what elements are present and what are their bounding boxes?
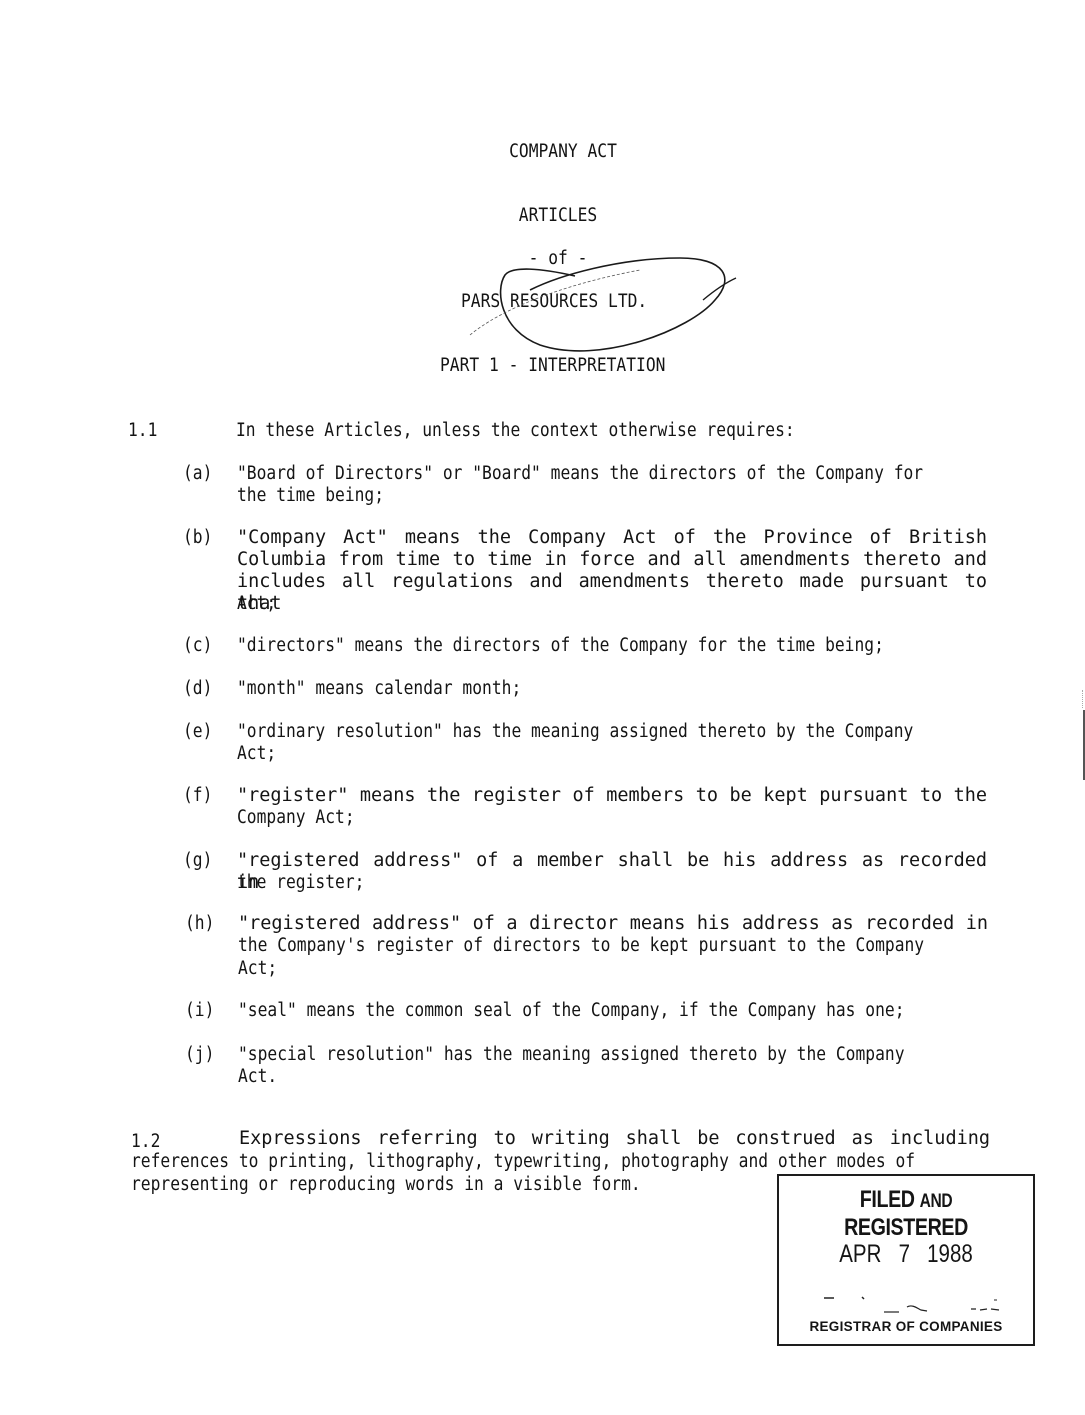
- section-1-2-line: representing or reproducing words in a v…: [131, 1174, 641, 1196]
- registrar-signature-marks: [779, 1288, 1033, 1318]
- item-label: (a): [183, 463, 212, 485]
- item-line: "ordinary resolution" has the meaning as…: [237, 721, 913, 743]
- of-line: - of -: [470, 248, 646, 270]
- item-line: Columbia from time to time in force and …: [237, 549, 987, 571]
- part-title: PART 1 - INTERPRETATION: [440, 355, 665, 377]
- stamp-footer: REGISTRAR OF COMPANIES: [779, 1319, 1033, 1334]
- section-line-text: Expressions referring to writing shall b…: [239, 1128, 990, 1149]
- section-number-1-1: 1.1: [128, 420, 157, 442]
- item-line: "special resolution" has the meaning ass…: [238, 1044, 905, 1066]
- item-line: "registered address" of a director means…: [238, 913, 988, 935]
- stamp-date: APR 7 1988: [802, 1240, 1010, 1269]
- stamp-heading-and: AND: [920, 1191, 953, 1212]
- item-line: "Company Act" means the Company Act of t…: [237, 527, 987, 549]
- item-label: (i): [185, 1000, 214, 1022]
- item-line: Act.: [238, 1066, 277, 1088]
- item-line: the Company's register of directors to b…: [238, 935, 924, 957]
- item-line: includes all regulations and amendments …: [237, 571, 987, 615]
- section-number-1-2: 1.2: [131, 1131, 160, 1153]
- item-line: Company Act;: [237, 807, 355, 829]
- item-label: (h): [185, 913, 214, 935]
- stamp-heading-filed: FILED: [860, 1186, 915, 1213]
- item-line: "Board of Directors" or "Board" means th…: [237, 463, 923, 485]
- item-line: the time being;: [237, 485, 384, 507]
- item-line: "month" means calendar month;: [237, 678, 521, 700]
- stamp-date-month: APR: [839, 1240, 881, 1268]
- item-line: Act;: [238, 958, 277, 980]
- document-page: COMPANY ACT ARTICLES - of - PARS RESOURC…: [0, 0, 1085, 1415]
- scan-edge-dots: [1082, 690, 1084, 708]
- item-label: (d): [183, 678, 212, 700]
- item-line: Act;: [237, 593, 276, 615]
- item-line: Act;: [237, 743, 276, 765]
- articles-title: ARTICLES: [470, 205, 646, 227]
- stamp-heading: FILED AND REGISTERED: [802, 1186, 1010, 1242]
- stamp-date-day-year: 7 1988: [899, 1240, 973, 1268]
- company-name: PARS RESOURCES LTD.: [461, 291, 647, 313]
- item-label: (b): [183, 527, 212, 549]
- section-1-2-line: references to printing, lithography, typ…: [131, 1151, 915, 1173]
- item-line-text: includes all regulations and amendments …: [237, 571, 987, 614]
- filed-and-registered-stamp: FILED AND REGISTERED APR 7 1988 REGISTRA…: [777, 1174, 1035, 1346]
- item-line-text: "register" means the register of members…: [237, 785, 987, 806]
- item-line-text: "Company Act" means the Company Act of t…: [237, 527, 987, 548]
- act-title: COMPANY ACT: [475, 141, 651, 163]
- item-line: "register" means the register of members…: [237, 785, 987, 807]
- item-line: "directors" means the directors of the C…: [237, 635, 884, 657]
- item-line-text: Columbia from time to time in force and …: [237, 549, 987, 570]
- item-line: "seal" means the common seal of the Comp…: [238, 1000, 905, 1022]
- item-label: (j): [185, 1044, 214, 1066]
- item-line: the register;: [237, 872, 364, 894]
- stamp-heading-registered: REGISTERED: [844, 1214, 968, 1241]
- item-label: (f): [183, 785, 212, 807]
- item-label: (g): [183, 850, 212, 872]
- section-1-1-intro: In these Articles, unless the context ot…: [236, 420, 795, 442]
- item-label: (e): [183, 721, 212, 743]
- item-label: (c): [183, 635, 212, 657]
- section-1-2-line: Expressions referring to writing shall b…: [239, 1128, 990, 1150]
- item-line-text: "registered address" of a director means…: [238, 913, 988, 934]
